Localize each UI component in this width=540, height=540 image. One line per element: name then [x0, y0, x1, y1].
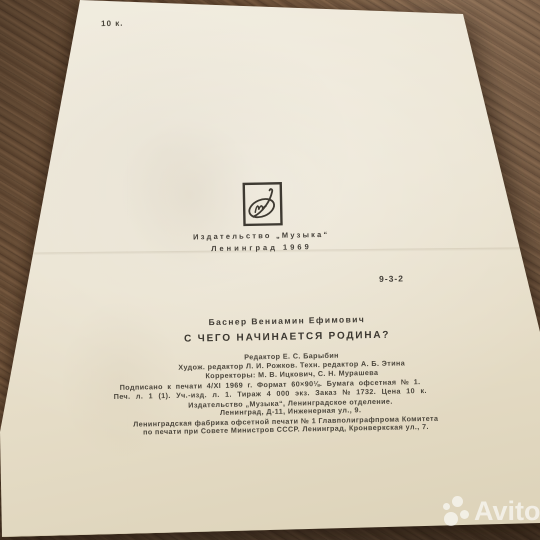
photo-of-document: 10 к. Издательство „Музыка“ Ленинград 19…: [0, 0, 540, 540]
catalog-code: 9-3-2: [379, 273, 404, 283]
paper-shadow: 10 к. Издательство „Музыка“ Ленинград 19…: [0, 0, 540, 540]
paper-crease: [0, 247, 540, 256]
muzyka-publisher-logo-icon: [242, 182, 283, 227]
publisher-name: Издательство „Музыка“: [0, 226, 525, 245]
paper-stain: [60, 300, 180, 460]
imprint-print-specs-1: Подписано к печати 4/XI 1969 г. Формат 6…: [78, 376, 462, 392]
avito-watermark: Avito: [443, 496, 540, 526]
imprint-proofreaders: Корректоры: М. В. Ицкович, С. Н. Мурашев…: [44, 365, 540, 384]
author-name: Баснер Вениамин Ефимович: [35, 311, 539, 331]
imprint-publisher-address-1: Издательство „Музыка“, Ленинградское отд…: [40, 394, 540, 413]
publisher-city-year: Ленинград 1969: [0, 238, 525, 257]
imprint-editor: Редактор Е. С. Барыбин: [44, 347, 540, 366]
imprint-print-specs-2: Печ. л. 1 (1). Уч.-изд. л. 1. Тираж 4 00…: [78, 385, 462, 401]
imprint-publisher-address-2: Ленинград, Д-11, Инженерная ул., 9.: [41, 402, 540, 421]
underlying-page-edge: [0, 524, 540, 540]
imprint-printer-2: по печати при Совете Министров СССР. Лен…: [31, 420, 540, 439]
imprint-art-tech-editors: Худож. редактор Л. И. Рожков. Техн. реда…: [44, 356, 540, 375]
paper-sheet: 10 к. Издательство „Музыка“ Ленинград 19…: [0, 0, 540, 540]
work-title: С ЧЕГО НАЧИНАЕТСЯ РОДИНА?: [35, 327, 539, 348]
price-label: 10 к.: [101, 19, 124, 28]
avito-logo-icon: [443, 496, 470, 526]
avito-watermark-label: Avito: [474, 498, 540, 525]
paper-stain: [120, 120, 260, 270]
imprint-printer-1: Ленинградская фабрика офсетной печати № …: [31, 412, 540, 431]
printed-content: 10 к. Издательство „Музыка“ Ленинград 19…: [0, 0, 540, 540]
